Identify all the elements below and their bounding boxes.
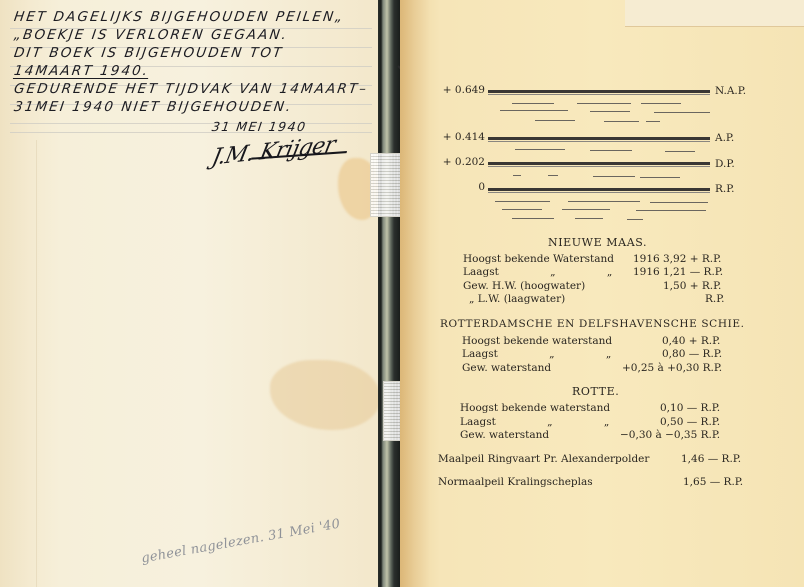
row-value: −0,30 à −0,35 R.P. [620,429,720,441]
water-dash [593,176,635,177]
level-line [488,90,710,93]
row-value: 0,10 — R.P. [660,402,720,414]
water-dash [650,202,708,203]
water-dash [654,112,710,113]
row-value: 1,21 — R.P. [663,266,723,278]
section-title: ROTTERDAMSCHE EN DELFSHAVENSCHE SCHIE. [440,318,745,330]
water-dash [515,149,565,150]
water-dash [636,210,706,211]
level-label: N.A.P. [715,85,746,97]
page-margin-shade [36,140,37,587]
water-dash [502,209,542,210]
row-description: Hoogst bekende waterstand [460,402,610,414]
water-dash [627,219,643,220]
section-title: NIEUWE MAAS. [548,236,647,249]
water-dash [513,175,521,176]
row-description: Normaalpeil Kralingscheplas [438,476,593,488]
row-year: 1916 [633,266,660,278]
section-title: ROTTE. [572,385,619,398]
handwritten-line: „BOEKJE IS VERLOREN GEGAAN. [13,27,289,43]
level-line [488,137,710,140]
row-value: 1,65 — R.P. [683,476,743,488]
water-dash [665,151,695,152]
water-dash [512,218,554,219]
row-description: Hoogst bekende waterstand [462,335,612,347]
level-value: + 0.649 [425,84,485,96]
water-dash [577,103,631,104]
row-value: R.P. [705,293,725,305]
handwritten-date: 31 MEI 1940 [211,119,308,134]
water-dash [590,111,630,112]
pencil-note: geheel nagelezen. 31 Mei '40 [140,517,341,567]
left-page: HET DAGELIJKS BIJGEHOUDEN PEILEN„ „BOEKJ… [0,0,378,587]
water-dash [640,177,680,178]
water-dash [512,103,554,104]
row-description: Gew. H.W. (hoogwater) [463,280,585,292]
water-dash [535,120,575,121]
level-value: + 0.414 [425,131,485,143]
handwritten-line: GEDURENDE HET TIJDVAK VAN 14MAART– [13,81,369,97]
handwritten-line: 31MEI 1940 NIET BIJGEHOUDEN. [13,99,294,115]
row-value: 3,92 + R.P. [663,253,721,265]
handwritten-line: DIT BOEK IS BIJGEHOUDEN TOT [13,45,285,61]
ruled-line [10,123,372,124]
row-year: 1916 [633,253,660,265]
signature: J.M. Krijger [210,132,338,171]
row-description: Maalpeil Ringvaart Pr. Alexanderpolder [438,453,649,465]
level-line [488,188,710,191]
level-label: R.P. [715,183,735,195]
row-value: 1,50 + R.P. [663,280,721,292]
water-dash [548,175,558,176]
row-value: 1,46 — R.P. [681,453,741,465]
row-description: Gew. waterstand [460,429,549,441]
water-dash [500,110,568,111]
water-dash [604,121,639,122]
water-dash [568,201,640,202]
water-dash [590,150,632,151]
inserted-paper-slip [625,0,804,27]
row-description: Laagst „ „ [460,416,609,428]
row-value: +0,25 à +0,30 R.P. [622,362,722,374]
level-label: D.P. [715,158,735,170]
row-description: Laagst „ „ [462,348,611,360]
handwritten-line: HET DAGELIJKS BIJGEHOUDEN PEILEN„ [13,9,346,25]
row-description: „ L.W. (laagwater) [469,293,565,305]
water-dash [646,121,660,122]
paper-stain [270,360,380,430]
row-value: 0,80 — R.P. [662,348,722,360]
ruled-line [10,132,372,133]
row-description: Laagst „ „ [463,266,612,278]
repair-tape [370,153,402,217]
level-label: A.P. [715,132,734,144]
level-line [488,162,710,165]
water-dash [495,201,550,202]
water-dash [562,209,610,210]
row-value: 0,40 + R.P. [662,335,720,347]
level-value: 0 [425,181,485,193]
repair-tape [383,381,401,441]
row-value: 0,50 — R.P. [660,416,720,428]
row-description: Hoogst bekende Waterstand [463,253,614,265]
water-dash [641,103,681,104]
book-spine [378,0,400,587]
handwritten-line-underlined: 14MAART 1940. [13,63,150,79]
water-dash [575,218,603,219]
row-description: Gew. waterstand [462,362,551,374]
level-value: + 0.202 [425,156,485,168]
